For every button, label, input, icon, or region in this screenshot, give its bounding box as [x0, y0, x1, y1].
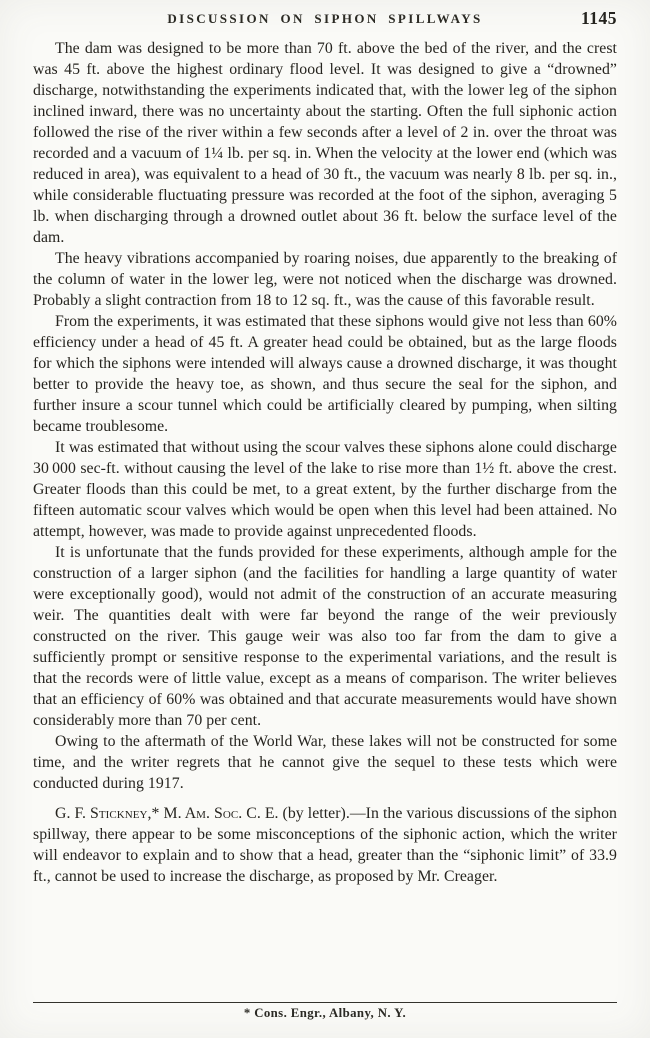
body-paragraph: It was estimated that without using the …: [33, 437, 617, 542]
page-header: DISCUSSION ON SIPHON SPILLWAYS 1145: [33, 11, 617, 33]
body-paragraph: It is unfortunate that the funds provide…: [33, 542, 617, 731]
page-number: 1145: [581, 8, 617, 29]
document-page: DISCUSSION ON SIPHON SPILLWAYS 1145 The …: [0, 0, 650, 1038]
running-head-title: DISCUSSION ON SIPHON SPILLWAYS: [33, 11, 617, 27]
speaker-name: G. F. Stickney,*: [55, 805, 163, 822]
discussion-entry: G. F. Stickney,* M. Am. Soc. C. E. (by l…: [33, 803, 617, 887]
body-paragraph: Owing to the aftermath of the World War,…: [33, 731, 617, 794]
footnote: * Cons. Engr., Albany, N. Y.: [33, 1006, 617, 1021]
body-paragraph: The dam was designed to be more than 70 …: [33, 38, 617, 248]
footnote-area: * Cons. Engr., Albany, N. Y.: [33, 1002, 617, 1021]
body-paragraph: From the experiments, it was estimated t…: [33, 311, 617, 437]
document-body: The dam was designed to be more than 70 …: [33, 38, 617, 887]
speaker-affiliation: M. Am. Soc. C. E.: [163, 805, 282, 822]
body-paragraph: The heavy vibrations accompanied by roar…: [33, 248, 617, 311]
footnote-rule: [33, 1002, 617, 1003]
